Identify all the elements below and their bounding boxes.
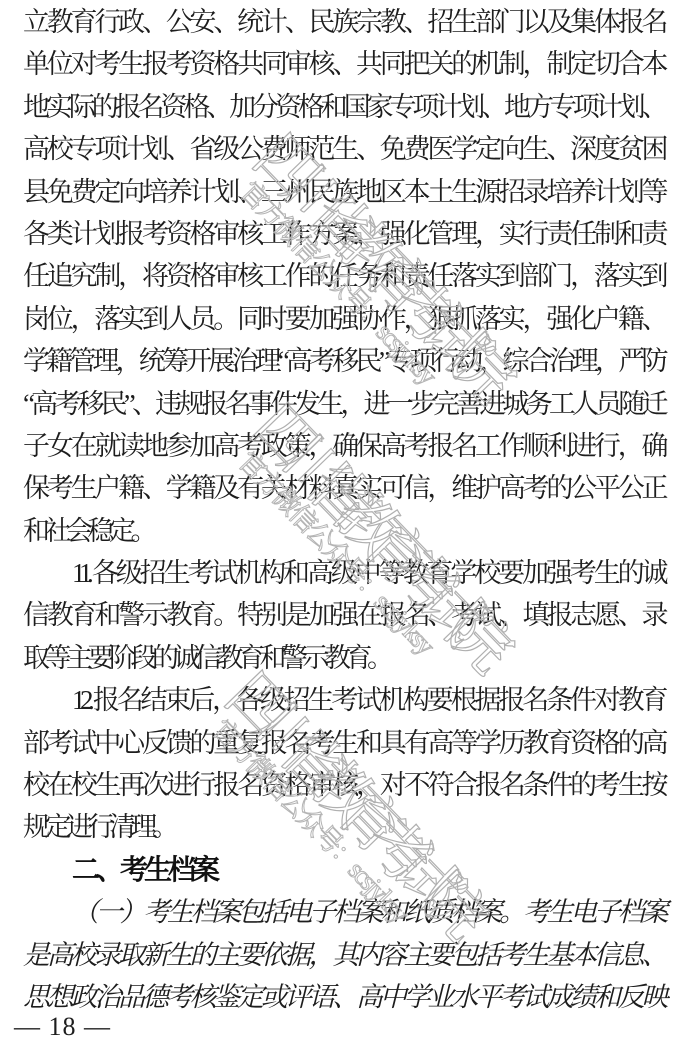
text-line: 规定进行清理。 bbox=[23, 806, 663, 848]
paragraph-11-start: 11. 各级招生考试机构和高级中等教育学校要加强考生的诚 bbox=[23, 552, 663, 594]
text-line: 子女在就读地参加高考政策，确保高考报名工作顺利进行，确 bbox=[23, 425, 663, 467]
paragraph-yi-start: （一）考生档案包括电子档案和纸质档案。考生电子档案 bbox=[23, 891, 663, 933]
text-line: 部考试中心反馈的重复报名考生和具有高等学历教育资格的高 bbox=[23, 722, 663, 764]
text-line: 任追究制，将资格审核工作的任务和责任落实到部门，落实到 bbox=[23, 255, 663, 297]
text-line: 思想政治品德考核鉴定或评语、高中学业水平考试成绩和反映 bbox=[23, 976, 663, 1018]
text-line: 校在校生再次进行报名资格审核，对不符合报名条件的考生按 bbox=[23, 764, 663, 806]
text-line: 学籍管理，统筹开展治理“高考移民”专项行动，综合治理，严防 bbox=[23, 340, 663, 382]
text-line: 地实际的报名资格、加分资格和国家专项计划、地方专项计划、 bbox=[23, 86, 663, 128]
text-line: “高考移民”、违规报名事件发生，进一步完善进城务工人员随迁 bbox=[23, 383, 663, 425]
text-line: 信教育和警示教育。特别是加强在报名、考试、填报志愿、录 bbox=[23, 594, 663, 636]
text-line: 高校专项计划、省级公费师范生、免费医学定向生、深度贫困 bbox=[23, 128, 663, 170]
text-line: 单位对考生报考资格共同审核、共同把关的机制，制定切合本 bbox=[23, 43, 663, 85]
text-line: 岗位，落实到人员。同时要加强协作，狠抓落实，强化户籍、 bbox=[23, 298, 663, 340]
document-page: 立教育行政、公安、统计、民族宗教、招生部门以及集体报名 单位对考生报考资格共同审… bbox=[0, 0, 680, 1046]
text-line: 保考生户籍、学籍及有关材料真实可信，维护高考的公平公正 bbox=[23, 467, 663, 509]
text-line: 取等主要阶段的诚信教育和警示教育。 bbox=[23, 637, 663, 679]
paragraph-12-start: 12. 报名结束后，各级招生考试机构要根据报名条件对教育 bbox=[23, 679, 663, 721]
text-line: 县免费定向培养计划、三州民族地区本土生源招录培养计划等 bbox=[23, 171, 663, 213]
text-line: 和社会稳定。 bbox=[23, 510, 663, 552]
page-number: — 18 — bbox=[14, 1012, 111, 1042]
document-body: 立教育行政、公安、统计、民族宗教、招生部门以及集体报名 单位对考生报考资格共同审… bbox=[23, 1, 663, 1018]
text-line: 是高校录取新生的主要依据，其内容主要包括考生基本信息、 bbox=[23, 934, 663, 976]
section-heading: 二、考生档案 bbox=[23, 849, 663, 891]
text-line: 立教育行政、公安、统计、民族宗教、招生部门以及集体报名 bbox=[23, 1, 663, 43]
text-line: 各类计划报考资格审核工作方案，强化管理，实行责任制和责 bbox=[23, 213, 663, 255]
